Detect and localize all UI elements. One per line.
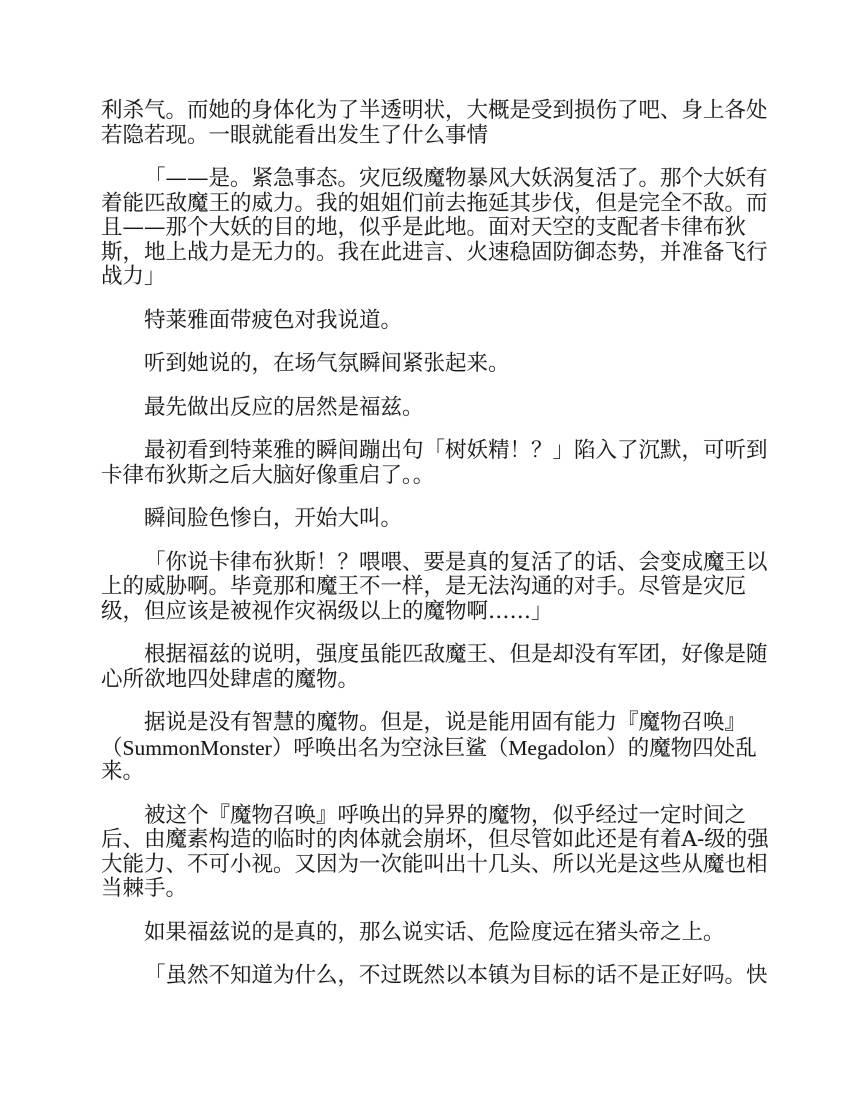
text-line: 利杀气。而她的身体化为了半透明状，大概是受到损伤了吧、身上各处 <box>101 99 749 124</box>
paragraph-13: 「虽然不知道为什么，不过既然以本镇为目标的话不是正好吗。快 <box>101 964 749 989</box>
text-line: 后、由魔素构造的临时的肉体就会崩坏，但尽管如此还是有着A-级的强 <box>101 828 749 853</box>
text-line: 瞬间脸色惨白，开始大叫。 <box>101 507 749 532</box>
text-line: 卡律布狄斯之后大脑好像重启了。。 <box>101 464 749 489</box>
paragraph-11: 被这个『魔物召唤』呼唤出的异界的魔物，似乎经过一定时间之 后、由魔素构造的临时的… <box>101 804 749 902</box>
text-line: 「你说卡律布狄斯！？喂喂、要是真的复活了的话、会变成魔王以 <box>101 551 749 576</box>
text-line: 听到她说的，在场气氛瞬间紧张起来。 <box>101 352 749 377</box>
paragraph-10: 据说是没有智慧的魔物。但是，说是能用固有能力『魔物召唤』 （SummonMons… <box>101 711 749 785</box>
paragraph-7: 瞬间脸色惨白，开始大叫。 <box>101 507 749 532</box>
text-line: 最初看到特莱雅的瞬间蹦出句「树妖精！？」陷入了沉默，可听到 <box>101 439 749 464</box>
text-line: 据说是没有智慧的魔物。但是，说是能用固有能力『魔物召唤』 <box>101 711 749 736</box>
text-line: 大能力、不可小视。又因为一次能叫出十几头、所以光是这些从魔也相 <box>101 853 749 878</box>
paragraph-1: 利杀气。而她的身体化为了半透明状，大概是受到损伤了吧、身上各处 若隐若现。一眼就… <box>101 99 749 148</box>
text-line: 战力」 <box>101 265 749 290</box>
text-line: 级，但应该是被视作灾祸级以上的魔物啊……」 <box>101 600 749 625</box>
text-line: 如果福兹说的是真的，那么说实话、危险度远在猪头帝之上。 <box>101 921 749 946</box>
text-line: 若隐若现。一眼就能看出发生了什么事情 <box>101 124 749 149</box>
text-line: 斯，地上战力是无力的。我在此进言、火速稳固防御态势，并准备飞行 <box>101 241 749 266</box>
paragraph-8: 「你说卡律布狄斯！？喂喂、要是真的复活了的话、会变成魔王以 上的威胁啊。毕竟那和… <box>101 551 749 625</box>
text-line: （SummonMonster）呼唤出名为空泳巨鲨（Megadolon）的魔物四处… <box>101 736 749 761</box>
text-line: 上的威胁啊。毕竟那和魔王不一样，是无法沟通的对手。尽管是灾厄 <box>101 575 749 600</box>
document-page: 利杀气。而她的身体化为了半透明状，大概是受到损伤了吧、身上各处 若隐若现。一眼就… <box>101 99 749 1008</box>
text-line: 着能匹敌魔王的威力。我的姐姐们前去拖延其步伐，但是完全不敌。而 <box>101 192 749 217</box>
text-line: 「——是。紧急事态。灾厄级魔物暴风大妖涡复活了。那个大妖有 <box>101 167 749 192</box>
paragraph-5: 最先做出反应的居然是福兹。 <box>101 396 749 421</box>
paragraph-3: 特莱雅面带疲色对我说道。 <box>101 309 749 334</box>
text-line: 特莱雅面带疲色对我说道。 <box>101 309 749 334</box>
text-line: 根据福兹的说明，强度虽能匹敌魔王、但是却没有军团，好像是随 <box>101 643 749 668</box>
text-line: 心所欲地四处肆虐的魔物。 <box>101 668 749 693</box>
paragraph-4: 听到她说的，在场气氛瞬间紧张起来。 <box>101 352 749 377</box>
text-line: 当棘手。 <box>101 877 749 902</box>
text-line: 「虽然不知道为什么，不过既然以本镇为目标的话不是正好吗。快 <box>101 964 749 989</box>
text-line: 来。 <box>101 760 749 785</box>
paragraph-6: 最初看到特莱雅的瞬间蹦出句「树妖精！？」陷入了沉默，可听到 卡律布狄斯之后大脑好… <box>101 439 749 488</box>
paragraph-2: 「——是。紧急事态。灾厄级魔物暴风大妖涡复活了。那个大妖有 着能匹敌魔王的威力。… <box>101 167 749 290</box>
text-line: 且——那个大妖的目的地，似乎是此地。面对天空的支配者卡律布狄 <box>101 216 749 241</box>
paragraph-9: 根据福兹的说明，强度虽能匹敌魔王、但是却没有军团，好像是随 心所欲地四处肆虐的魔… <box>101 643 749 692</box>
paragraph-12: 如果福兹说的是真的，那么说实话、危险度远在猪头帝之上。 <box>101 921 749 946</box>
text-line: 被这个『魔物召唤』呼唤出的异界的魔物，似乎经过一定时间之 <box>101 804 749 829</box>
text-line: 最先做出反应的居然是福兹。 <box>101 396 749 421</box>
